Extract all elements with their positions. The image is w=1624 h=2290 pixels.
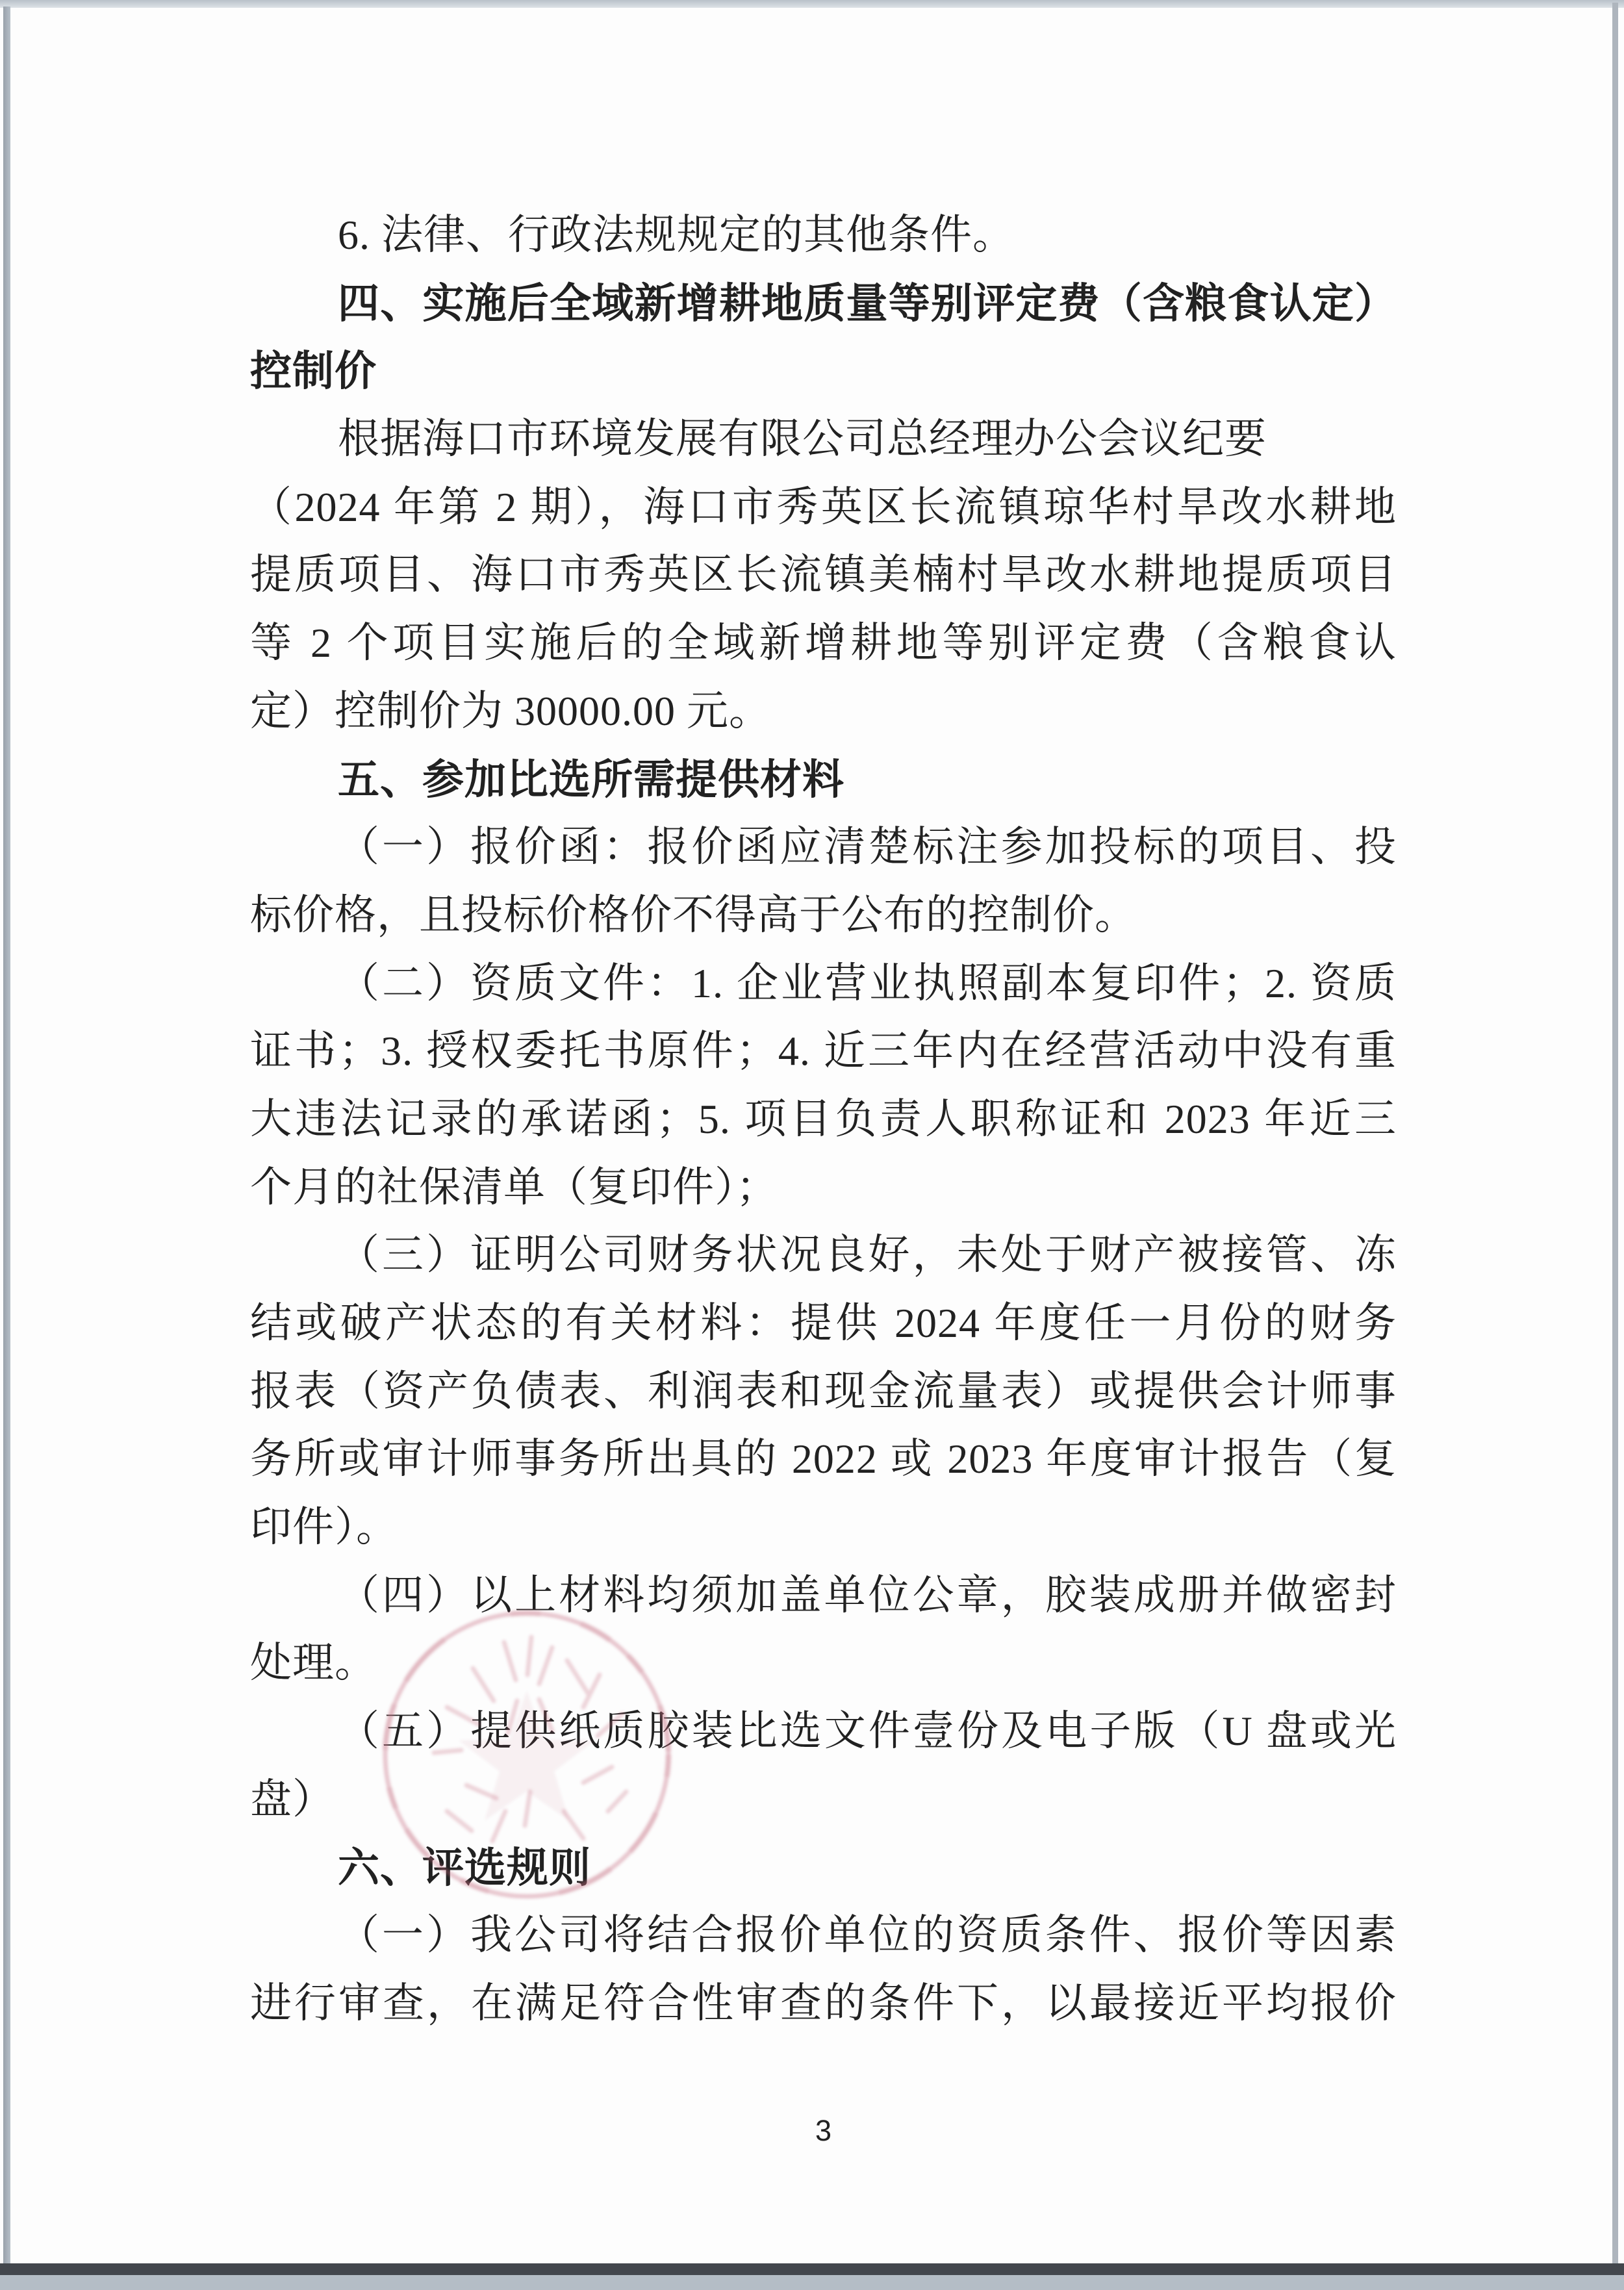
text-line: 进行审查，在满足符合性审查的条件下，以最接近平均报价 [250,1970,1397,2038]
text-line: （五）提供纸质胶装比选文件壹份及电子版（U 盘或光 [250,1698,1397,1766]
text-line: （四）以上材料均须加盖单位公章，胶装成册并做密封 [250,1562,1397,1630]
document-body: 6. 法律、行政法规规定的其他条件。四、实施后全域新增耕地质量等别评定费（含粮食… [250,201,1397,2038]
text-line: 标价格，且投标价格价不得高于公布的控制价。 [250,882,1397,950]
scan-edge-bottom-shadow [0,2275,1624,2290]
scan-edge-left [3,6,10,2275]
text-line: （一）报价函：报价函应清楚标注参加投标的项目、投 [250,813,1397,882]
scan-edge-top [0,0,1624,8]
text-line: 印件）。 [250,1494,1397,1562]
text-line: 报表（资产负债表、利润表和现金流量表）或提供会计师事 [250,1358,1397,1426]
text-line: 证书；3. 授权委托书原件；4. 近三年内在经营活动中没有重 [250,1017,1397,1086]
text-line: 个月的社保清单（复印件）； [250,1154,1397,1222]
scan-edge-right [1612,3,1618,2275]
page-number: 3 [250,2097,1397,2165]
text-line: 盘） [250,1766,1397,1834]
text-line: （三）证明公司财务状况良好，未处于财产被接管、冻 [250,1221,1397,1290]
text-line: 控制价 [250,337,1397,405]
text-line: 定）控制价为 30000.00 元。 [250,678,1397,746]
text-line: 六、评选规则 [250,1834,1397,1902]
text-line: 四、实施后全域新增耕地质量等别评定费（含粮食认定） [250,270,1397,338]
text-line: 处理。 [250,1629,1397,1698]
text-line: 提质项目、海口市秀英区长流镇美楠村旱改水耕地提质项目 [250,541,1397,609]
text-line: （一）我公司将结合报价单位的资质条件、报价等因素 [250,1902,1397,1970]
scanned-document-page: { "document": { "lines": [ {"text": "6. … [0,0,1624,2290]
text-line: 等 2 个项目实施后的全域新增耕地等别评定费（含粮食认 [250,609,1397,678]
text-line: 五、参加比选所需提供材料 [250,746,1397,814]
text-line: 结或破产状态的有关材料：提供 2024 年度任一月份的财务 [250,1290,1397,1358]
text-line: 6. 法律、行政法规规定的其他条件。 [250,201,1397,270]
text-line: （2024 年第 2 期），海口市秀英区长流镇琼华村旱改水耕地 [250,474,1397,542]
text-line: 根据海口市环境发展有限公司总经理办公会议纪要 [250,405,1397,474]
text-line: 务所或审计师事务所出具的 2022 或 2023 年度审计报告（复 [250,1425,1397,1494]
text-line: （二）资质文件：1. 企业营业执照副本复印件；2. 资质 [250,950,1397,1018]
scan-edge-bottom [0,2263,1624,2275]
text-line: 大违法记录的承诺函；5. 项目负责人职称证和 2023 年近三 [250,1086,1397,1154]
